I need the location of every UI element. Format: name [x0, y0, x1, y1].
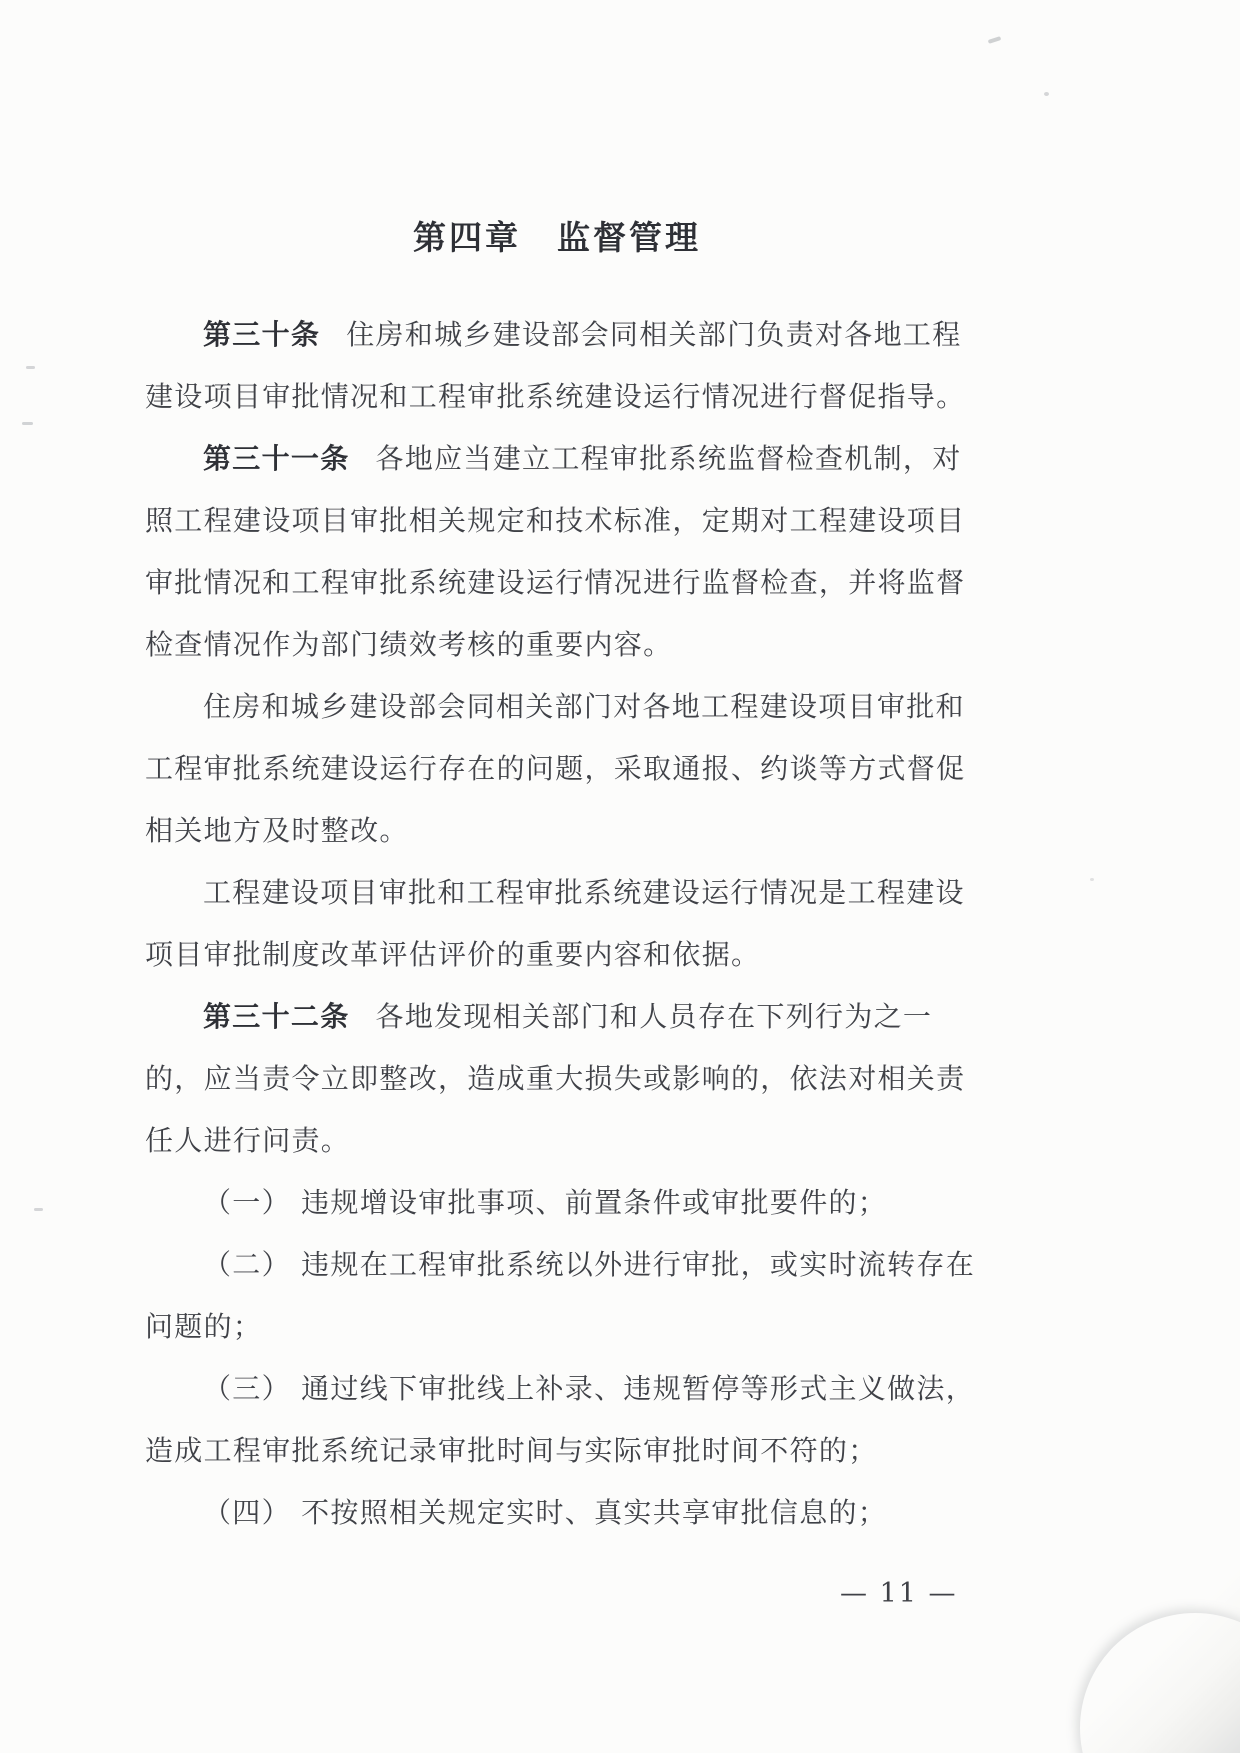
doc-line: 工程建设项目审批和工程审批系统建设运行情况是工程建设 — [145, 862, 985, 924]
doc-line: 问题的； — [145, 1296, 985, 1358]
page-number: — 11 — — [840, 1578, 958, 1609]
doc-line: 的，应当责令立即整改，造成重大损失或影响的，依法对相关责 — [145, 1048, 985, 1110]
doc-line: 第三十一条各地应当建立工程审批系统监督检查机制，对 — [145, 428, 985, 490]
scan-speck — [1044, 92, 1049, 96]
chapter-title: 第四章 监督管理 — [145, 212, 969, 259]
scan-speck — [1090, 878, 1094, 881]
doc-line: 建设项目审批情况和工程审批系统建设运行情况进行督促指导。 — [145, 366, 985, 428]
line-text: 建设项目审批情况和工程审批系统建设运行情况进行督促指导。 — [145, 380, 965, 413]
line-text: （四） 不按照相关规定实时、真实共享审批信息的； — [203, 1496, 887, 1529]
doc-line: 检查情况作为部门绩效考核的重要内容。 — [145, 614, 985, 676]
line-text: 相关地方及时整改。 — [145, 814, 409, 847]
doc-line: 任人进行问责。 — [145, 1110, 985, 1172]
article-number: 第三十二条 — [203, 1000, 350, 1033]
scan-speck — [988, 36, 1002, 44]
line-text: 各地发现相关部门和人员存在下列行为之一 — [376, 1000, 933, 1033]
line-text: 住房和城乡建设部会同相关部门对各地工程建设项目审批和 — [203, 690, 965, 723]
doc-line: 相关地方及时整改。 — [145, 800, 985, 862]
line-text: 任人进行问责。 — [145, 1124, 350, 1157]
scan-speck — [26, 366, 35, 369]
line-text: （三） 通过线下审批线上补录、违规暂停等形式主义做法， — [203, 1372, 975, 1405]
doc-line: 住房和城乡建设部会同相关部门对各地工程建设项目审批和 — [145, 676, 985, 738]
line-text: （一） 违规增设审批事项、前置条件或审批要件的； — [203, 1186, 887, 1219]
page-curl-shadow — [1070, 1563, 1240, 1753]
line-text: （二） 违规在工程审批系统以外进行审批，或实时流转存在 — [203, 1248, 975, 1281]
scan-speck — [22, 422, 33, 425]
doc-line: （三） 通过线下审批线上补录、违规暂停等形式主义做法， — [145, 1358, 985, 1420]
doc-line: 项目审批制度改革评估评价的重要内容和依据。 — [145, 924, 985, 986]
doc-line: （二） 违规在工程审批系统以外进行审批，或实时流转存在 — [145, 1234, 985, 1296]
line-text: 问题的； — [145, 1310, 262, 1343]
line-text: 住房和城乡建设部会同相关部门负责对各地工程 — [346, 318, 961, 351]
line-text: 审批情况和工程审批系统建设运行情况进行监督检查，并将监督 — [145, 566, 965, 599]
line-text: 的，应当责令立即整改，造成重大损失或影响的，依法对相关责 — [145, 1062, 965, 1095]
doc-line: 第三十二条各地发现相关部门和人员存在下列行为之一 — [145, 986, 985, 1048]
doc-line: 照工程建设项目审批相关规定和技术标准，定期对工程建设项目 — [145, 490, 985, 552]
line-text: 工程建设项目审批和工程审批系统建设运行情况是工程建设 — [203, 876, 965, 909]
doc-line: 审批情况和工程审批系统建设运行情况进行监督检查，并将监督 — [145, 552, 985, 614]
doc-line: 工程审批系统建设运行存在的问题，采取通报、约谈等方式督促 — [145, 738, 985, 800]
document-body: 第三十条住房和城乡建设部会同相关部门负责对各地工程 建设项目审批情况和工程审批系… — [145, 304, 985, 1544]
scanned-document-page: 第四章 监督管理 第三十条住房和城乡建设部会同相关部门负责对各地工程 建设项目审… — [0, 0, 1240, 1753]
line-text: 工程审批系统建设运行存在的问题，采取通报、约谈等方式督促 — [145, 752, 965, 785]
line-text: 项目审批制度改革评估评价的重要内容和依据。 — [145, 938, 760, 971]
line-text: 造成工程审批系统记录审批时间与实际审批时间不符的； — [145, 1434, 878, 1467]
line-text: 各地应当建立工程审批系统监督检查机制，对 — [376, 442, 962, 475]
doc-line: （四） 不按照相关规定实时、真实共享审批信息的； — [145, 1482, 985, 1544]
doc-line: 第三十条住房和城乡建设部会同相关部门负责对各地工程 — [145, 304, 985, 366]
scan-speck — [34, 1208, 43, 1211]
article-number: 第三十条 — [203, 318, 320, 351]
article-number: 第三十一条 — [203, 442, 350, 475]
doc-line: 造成工程审批系统记录审批时间与实际审批时间不符的； — [145, 1420, 985, 1482]
line-text: 照工程建设项目审批相关规定和技术标准，定期对工程建设项目 — [145, 504, 965, 537]
doc-line: （一） 违规增设审批事项、前置条件或审批要件的； — [145, 1172, 985, 1234]
line-text: 检查情况作为部门绩效考核的重要内容。 — [145, 628, 672, 661]
